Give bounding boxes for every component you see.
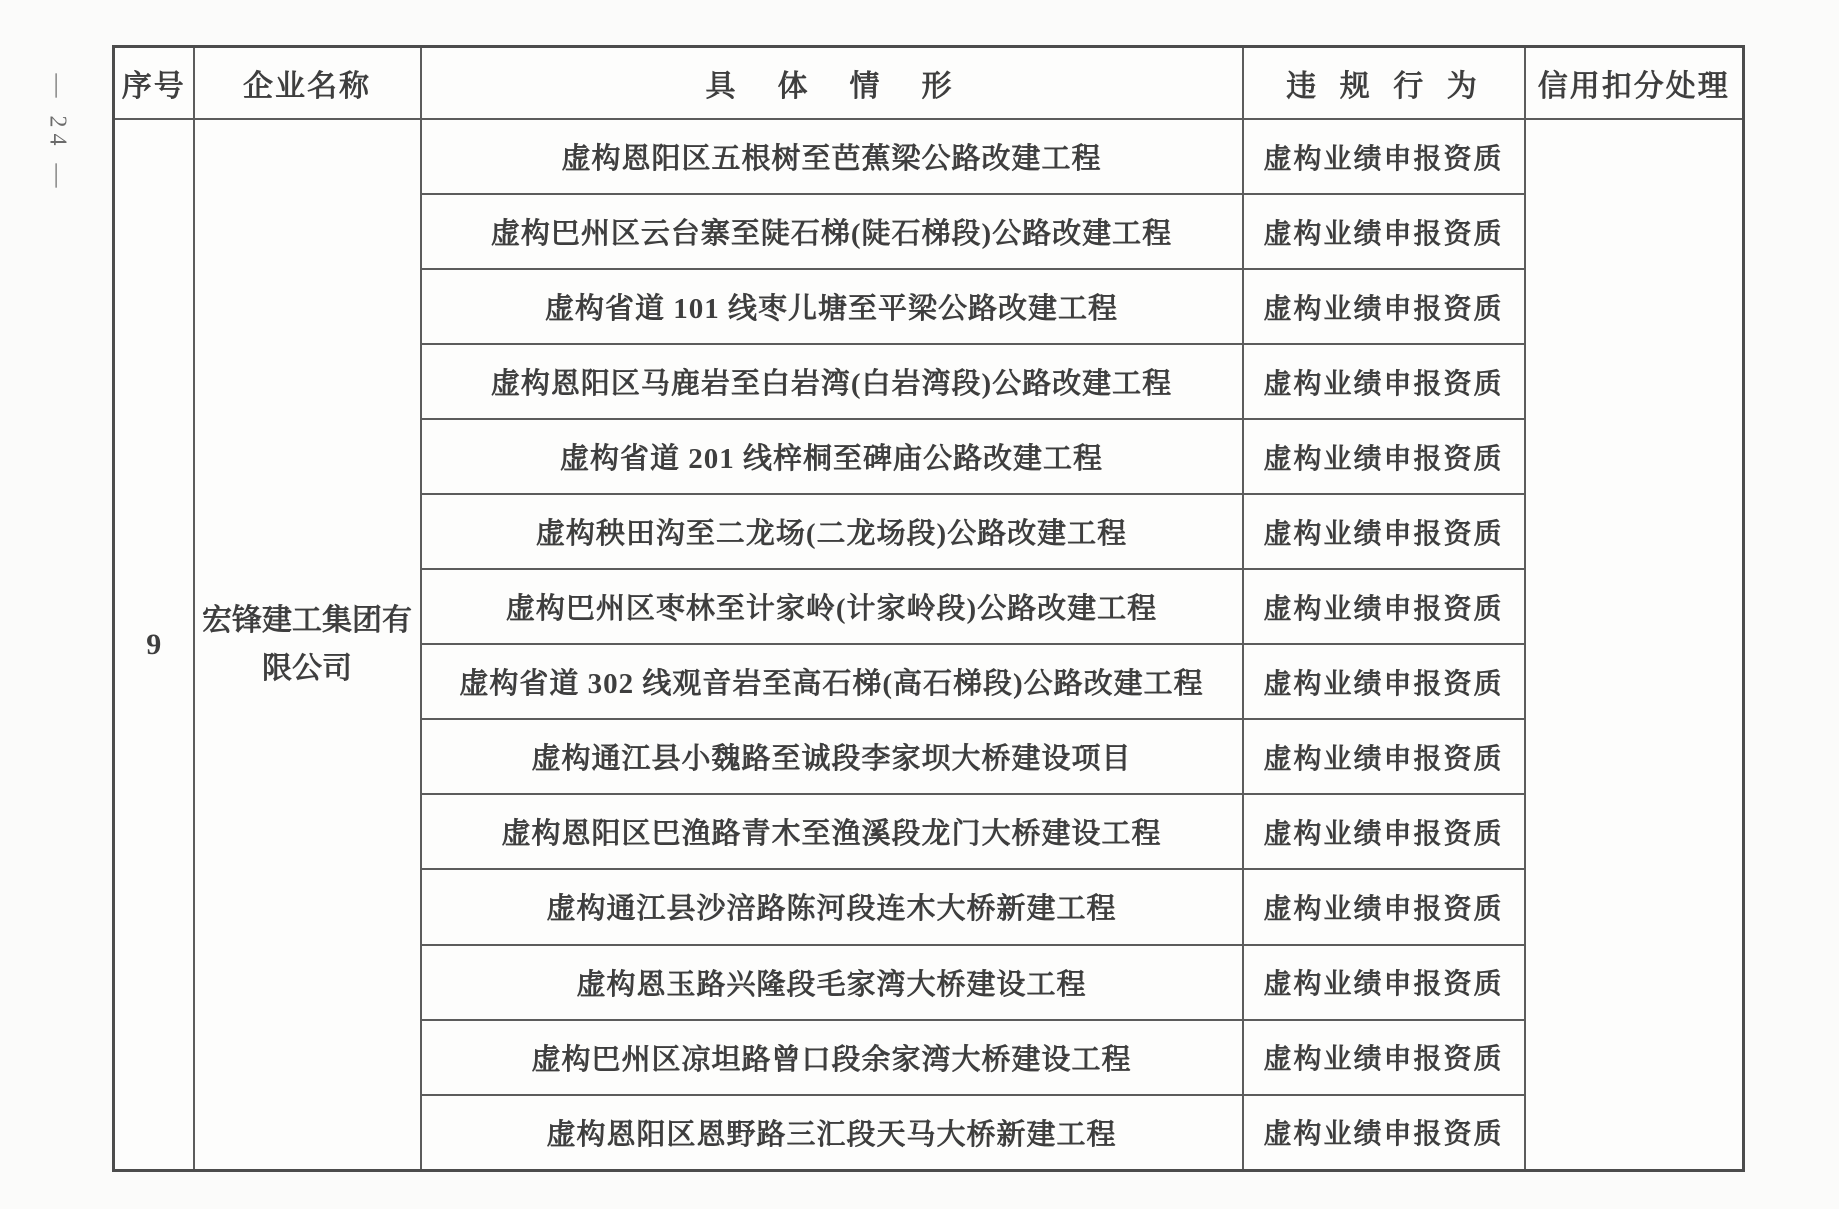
situation-cell: 虚构通江县小魏路至诚段李家坝大桥建设项目 bbox=[421, 719, 1243, 794]
company-name-cell: 宏锋建工集团有限公司 bbox=[194, 119, 421, 1171]
violation-cell: 虚构业绩申报资质 bbox=[1243, 119, 1525, 194]
situation-cell: 虚构恩阳区马鹿岩至白岩湾(白岩湾段)公路改建工程 bbox=[421, 344, 1243, 419]
table-header-row: 序号 企业名称 具 体 情 形 违 规 行 为 信用扣分处理 bbox=[114, 47, 1744, 120]
situation-cell: 虚构省道 302 线观音岩至高石梯(高石梯段)公路改建工程 bbox=[421, 644, 1243, 719]
violation-cell: 虚构业绩申报资质 bbox=[1243, 569, 1525, 644]
table-row: 9 宏锋建工集团有限公司 虚构恩阳区五根树至芭蕉梁公路改建工程 虚构业绩申报资质 bbox=[114, 119, 1744, 194]
violation-cell: 虚构业绩申报资质 bbox=[1243, 869, 1525, 944]
situation-cell: 虚构巴州区凉坦路曾口段余家湾大桥建设工程 bbox=[421, 1020, 1243, 1095]
violation-cell: 虚构业绩申报资质 bbox=[1243, 945, 1525, 1020]
header-specific-situation: 具 体 情 形 bbox=[421, 47, 1243, 120]
header-serial-number: 序号 bbox=[114, 47, 194, 120]
violation-cell: 虚构业绩申报资质 bbox=[1243, 344, 1525, 419]
serial-number-cell: 9 bbox=[114, 119, 194, 1171]
situation-cell: 虚构省道 201 线梓桐至碑庙公路改建工程 bbox=[421, 419, 1243, 494]
credit-deduction-cell bbox=[1525, 119, 1744, 1171]
situation-cell: 虚构巴州区枣林至计家岭(计家岭段)公路改建工程 bbox=[421, 569, 1243, 644]
situation-cell: 虚构巴州区云台寨至陡石梯(陡石梯段)公路改建工程 bbox=[421, 194, 1243, 269]
situation-cell: 虚构秧田沟至二龙场(二龙场段)公路改建工程 bbox=[421, 494, 1243, 569]
violation-record-table: 序号 企业名称 具 体 情 形 违 规 行 为 信用扣分处理 9 宏锋建工集团有… bbox=[112, 45, 1745, 1172]
situation-cell: 虚构恩阳区巴渔路青木至渔溪段龙门大桥建设工程 bbox=[421, 794, 1243, 869]
situation-cell: 虚构恩阳区恩野路三汇段天马大桥新建工程 bbox=[421, 1095, 1243, 1171]
margin-page-number: — 24 — bbox=[44, 59, 71, 209]
violation-cell: 虚构业绩申报资质 bbox=[1243, 794, 1525, 869]
header-company-name: 企业名称 bbox=[194, 47, 421, 120]
situation-cell: 虚构通江县沙涪路陈河段连木大桥新建工程 bbox=[421, 869, 1243, 944]
header-credit-deduction: 信用扣分处理 bbox=[1525, 47, 1744, 120]
violation-cell: 虚构业绩申报资质 bbox=[1243, 419, 1525, 494]
violation-cell: 虚构业绩申报资质 bbox=[1243, 494, 1525, 569]
violation-cell: 虚构业绩申报资质 bbox=[1243, 1020, 1525, 1095]
header-violation-behavior: 违 规 行 为 bbox=[1243, 47, 1525, 120]
violation-cell: 虚构业绩申报资质 bbox=[1243, 194, 1525, 269]
situation-cell: 虚构恩玉路兴隆段毛家湾大桥建设工程 bbox=[421, 945, 1243, 1020]
violation-cell: 虚构业绩申报资质 bbox=[1243, 1095, 1525, 1171]
situation-cell: 虚构恩阳区五根树至芭蕉梁公路改建工程 bbox=[421, 119, 1243, 194]
violation-cell: 虚构业绩申报资质 bbox=[1243, 269, 1525, 344]
situation-cell: 虚构省道 101 线枣儿塘至平梁公路改建工程 bbox=[421, 269, 1243, 344]
violation-cell: 虚构业绩申报资质 bbox=[1243, 719, 1525, 794]
violation-cell: 虚构业绩申报资质 bbox=[1243, 644, 1525, 719]
